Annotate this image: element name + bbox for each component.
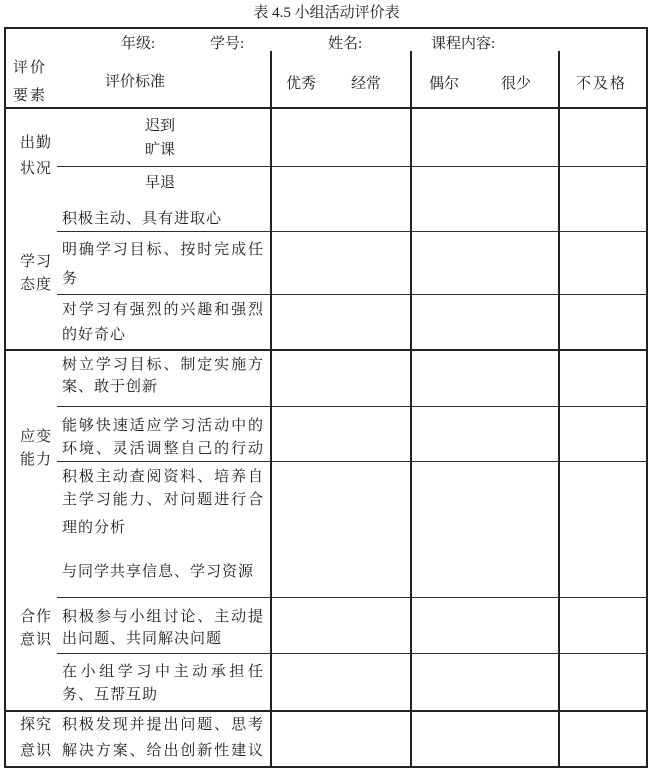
criteria-line: 解决方案、给出创新性建议 [62,742,263,760]
criteria-line: 迟到 [57,117,263,135]
group-label-adaptability-line1: 应变 [16,428,56,446]
header-rating-excellent: 优秀 [286,75,316,93]
criteria-line: 早退 [57,174,263,192]
criteria-line: 案、敢于创新 [62,378,263,396]
group-label-attendance-line1: 出勤 [16,134,56,152]
group-label-attendance-line2: 状况 [16,160,56,178]
table-caption: 表 4.5 小组活动评价表 [0,4,653,22]
criteria-line: 积极主动查阅资料、培养自 [62,468,263,486]
table-border-right [646,27,648,768]
grid-hline-group-cooperation-bottom [4,710,648,712]
grid-vline-often-right [410,51,412,768]
criteria-line: 主学习能力、对问题进行合 [62,491,263,509]
criteria-line: 积极发现并提出问题、思考 [62,716,263,734]
header-factor-line2: 要素 [13,87,47,105]
name-label: 姓名: [328,35,362,53]
header-rating-rarely: 很少 [501,75,531,93]
header-rating-often: 经常 [351,75,381,93]
criteria-line: 积极参与小组讨论、主动提 [62,608,263,626]
criteria-line: 理的分析 [62,519,263,537]
grid-vline-rarely-right [558,51,560,768]
grid-vline-criteria-right [270,51,272,768]
group-label-adaptability-line2: 能力 [16,451,56,469]
table-border-top [4,27,648,29]
criteria-line: 在小组学习中主动承担任 [62,663,263,681]
group-label-inquiry-line2: 意识 [16,742,56,760]
grid-hline-header-bottom [4,107,648,109]
criteria-line: 出问题、共同解决问题 [62,630,263,648]
header-criteria: 评价标准 [60,73,210,91]
criteria-line: 的好奇心 [62,326,263,344]
course-label: 课程内容: [431,35,495,53]
criteria-line: 树立学习目标、制定实施方 [62,356,263,374]
group-label-attitude-line2: 态度 [16,276,56,294]
header-rating-occasional: 偶尔 [429,75,459,93]
group-label-cooperation-line2: 意识 [16,631,56,649]
grade-label: 年级: [121,35,155,53]
grid-hline-group-attitude-bottom [4,349,648,351]
student-id-label: 学号: [210,35,244,53]
criteria-line: 明确学习目标、按时完成任 [62,241,263,259]
group-label-inquiry-line1: 探究 [16,716,56,734]
criteria-line: 旷课 [57,141,263,159]
table-border-left [4,27,6,768]
criteria-line: 能够快速适应学习活动中的 [62,417,263,435]
group-label-cooperation-line1: 合作 [16,608,56,626]
criteria-line: 积极主动、具有进取心 [62,210,263,228]
criteria-line: 环境、灵活调整自己的行动 [62,440,263,458]
criteria-line: 务 [62,270,263,288]
table-border-bottom [4,766,648,768]
criteria-line: 对学习有强烈的兴趣和强烈 [62,301,263,319]
header-rating-fail: 不及格 [576,75,627,93]
document-page: 表 4.5 小组活动评价表 年级: 学号: 姓名: 课程内容: 评价 要素 评价… [0,0,653,776]
criteria-line: 务、互帮互助 [62,686,263,704]
header-factor-line1: 评价 [13,59,47,77]
group-label-attitude-line1: 学习 [16,253,56,271]
criteria-line: 与同学共享信息、学习资源 [62,563,263,581]
